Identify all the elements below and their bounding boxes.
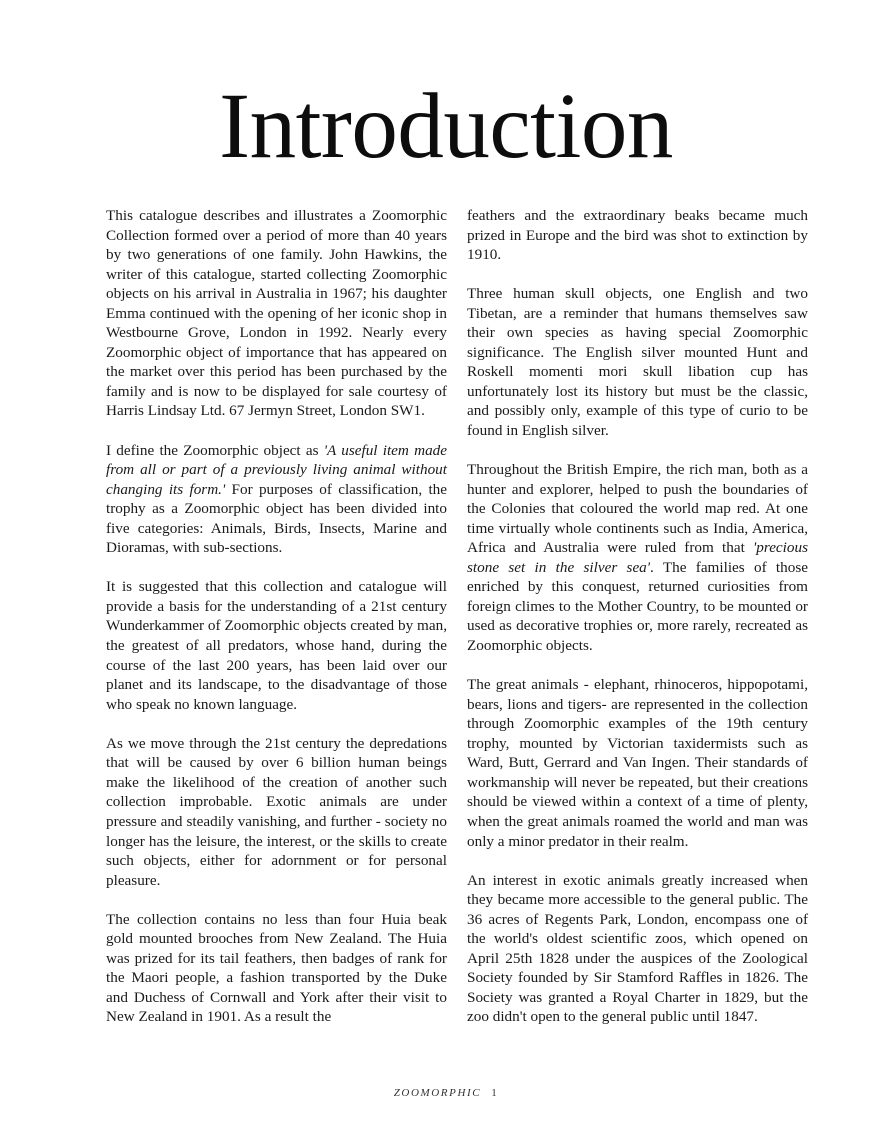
- page-footer: ZOOMORPHIC1: [0, 1087, 892, 1099]
- paragraph-definition: I define the Zoomorphic object as 'A use…: [106, 441, 447, 558]
- definition-lead-text: I define the Zoomorphic object as: [106, 442, 324, 459]
- paragraph-huia-continuation: feathers and the extraordinary beaks bec…: [467, 206, 808, 265]
- right-text-column: feathers and the extraordinary beaks bec…: [467, 206, 808, 1027]
- paragraph-great-animals: The great animals - elephant, rhinoceros…: [467, 675, 808, 851]
- left-text-column: This catalogue describes and illustrates…: [106, 206, 447, 1027]
- paragraph-21st-century: As we move through the 21st century the …: [106, 734, 447, 890]
- paragraph-wunderkammer: It is suggested that this collection and…: [106, 577, 447, 714]
- paragraph-human-skulls: Three human skull objects, one English a…: [467, 284, 808, 440]
- paragraph-huia-brooches: The collection contains no less than fou…: [106, 910, 447, 1027]
- page-title: Introduction: [0, 72, 892, 182]
- paragraph-collection-origin: This catalogue describes and illustrates…: [106, 206, 447, 421]
- paragraph-british-empire: Throughout the British Empire, the rich …: [467, 460, 808, 655]
- paragraph-regents-park-zoo: An interest in exotic animals greatly in…: [467, 871, 808, 1027]
- page-number: 1: [491, 1087, 498, 1099]
- running-head: ZOOMORPHIC: [394, 1087, 482, 1099]
